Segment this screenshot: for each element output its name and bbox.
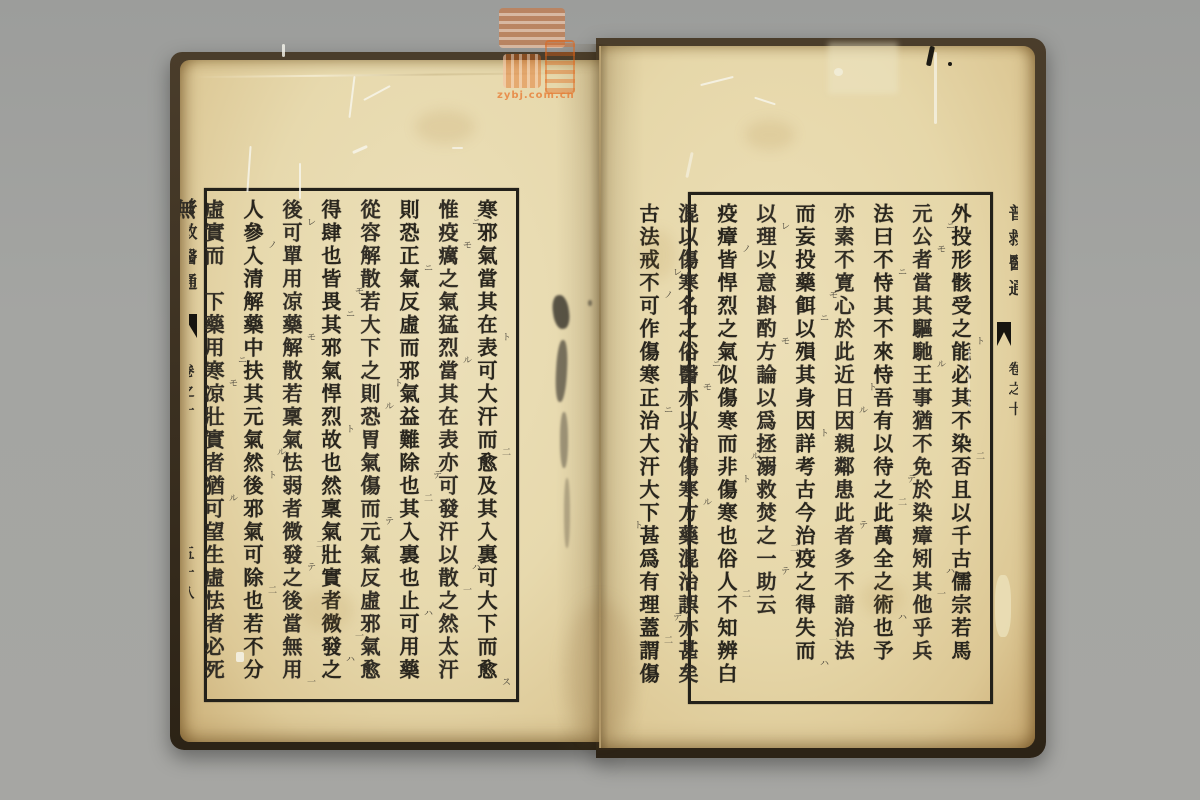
fold-strip-right: 普救醫通 卷之十 <box>993 194 1033 748</box>
kunten-mark: ノ <box>268 238 277 251</box>
watermark-site-text: zybj.com.cn <box>497 90 575 101</box>
kunten-mark: モ <box>463 238 472 251</box>
kunten-mark: 二 <box>790 541 799 554</box>
photo-backdrop: { "colors":{"backdrop":"#a2a3a0","paper"… <box>0 0 1200 800</box>
kunten-mark: ル <box>703 495 712 508</box>
text-column: 法曰不恃其不來恃吾有以待之此萬全之術也予ニト二ハ <box>868 203 907 695</box>
fold-title-char: 通 <box>1009 274 1018 296</box>
foxing-spot <box>565 600 635 740</box>
kunten-mark: テ <box>907 472 916 485</box>
fold-title-char: 救 <box>1009 224 1018 246</box>
fold-char-glyph: 十 <box>1009 399 1018 416</box>
watermark-seal-icon <box>503 54 541 88</box>
kunten-mark: 一 <box>307 675 316 688</box>
kunten-mark: モ <box>703 380 712 393</box>
column-text: 從容解散若大下之則恐胃氣傷而元氣反虛邪氣愈 <box>357 199 381 682</box>
watermark: zybj.com.cn <box>497 6 583 102</box>
kunten-mark: ニ <box>820 311 829 324</box>
column-text: 亦素不寛心於此近日因親鄰患此者多不諳治法 <box>831 203 855 663</box>
kunten-mark: ニ <box>472 215 481 228</box>
kunten-mark: 二 <box>424 491 433 504</box>
kunten-mark: ル <box>229 491 238 504</box>
kunten-mark: 一 <box>829 633 838 646</box>
column-text: 寒邪氣當其在表可大汗而愈及其入裏可大下而愈 <box>474 199 498 682</box>
kunten-mark: テ <box>673 610 682 623</box>
fold-title-char: 十 <box>1009 399 1018 416</box>
kunten-mark: 一 <box>937 587 946 600</box>
left-page-frame: 寒邪氣當其在表可大汗而愈及其入裏可大下而愈ニト二ハス惟疫癘之氣猛烈當其在表亦可發… <box>204 188 519 702</box>
fold-char-glyph: 通 <box>1009 274 1018 296</box>
text-column: 而妄投藥餌以殞其身因詳考古今治疫之得失而ニト二ハ <box>790 203 829 695</box>
kunten-mark: モ <box>937 242 946 255</box>
text-column: 寒邪氣當其在表可大汗而愈及其入裏可大下而愈ニト二ハス <box>472 199 511 693</box>
scuff-mark <box>934 52 937 124</box>
scuff-mark <box>968 348 970 408</box>
kunten-mark: 二 <box>742 587 751 600</box>
fold-char-glyph: 普 <box>1009 199 1018 221</box>
column-text: 元公者當其驅馳王事猶不免於染瘴矧其他乎兵 <box>909 203 933 663</box>
foxing-spot <box>640 230 676 280</box>
kunten-mark: 二 <box>268 583 277 596</box>
kunten-mark: ニ <box>712 357 721 370</box>
kunten-mark: ハ <box>946 564 955 577</box>
kunten-mark: ト <box>346 422 355 435</box>
foxing-spot <box>415 110 475 144</box>
kunten-mark: ル <box>463 353 472 366</box>
kunten-mark: ル <box>385 399 394 412</box>
kunten-mark: 一 <box>355 629 364 642</box>
fold-title-char: 卷 <box>1009 359 1018 376</box>
juan-label: 卷之十 <box>993 356 1033 419</box>
right-page-columns: 外投形骸受之能必其不染否且以千古儒宗若馬ニト二ハ元公者當其驅馳王事猶不免於染瘴矧… <box>695 203 985 695</box>
kunten-mark: ト <box>976 334 985 347</box>
column-text: 外投形骸受之能必其不染否且以千古儒宗若馬 <box>948 203 972 663</box>
kunten-mark: レ <box>673 265 682 278</box>
scuff-mark <box>282 44 285 57</box>
text-column: 元公者當其驅馳王事猶不免於染瘴矧其他乎兵モルテ一 <box>907 203 946 695</box>
kunten-mark: ハ <box>346 652 355 665</box>
ink-smudge <box>564 478 570 548</box>
fold-title-char: 之 <box>1009 379 1018 396</box>
kunten-mark: ル <box>277 445 286 458</box>
text-column: 混以傷寒名之俗醫亦以治傷寒方藥混治誤亦甚矣レモルテ <box>673 203 712 695</box>
fold-title-char: 普 <box>1009 199 1018 221</box>
kunten-mark: ト <box>502 330 511 343</box>
fishtail-mark-icon <box>997 322 1011 346</box>
kunten-mark: モ <box>355 284 364 297</box>
kunten-mark: ニ <box>664 403 673 416</box>
column-text: 疫瘴皆悍烈之氣似傷寒而非傷寒也俗人不知辨白 <box>714 203 738 686</box>
foxing-spot <box>300 590 354 630</box>
ink-mark <box>948 62 952 66</box>
text-column: 外投形骸受之能必其不染否且以千古儒宗若馬ニト二ハ <box>946 203 985 695</box>
kunten-mark: レ <box>307 215 316 228</box>
column-text: 以理以意斟酌方論以爲拯溺救焚之一助云 <box>753 203 777 617</box>
kunten-mark: 二 <box>976 449 985 462</box>
kunten-mark: ニ <box>898 265 907 278</box>
kunten-mark: 二 <box>502 445 511 458</box>
kunten-mark: テ <box>433 468 442 481</box>
kunten-mark: モ <box>229 376 238 389</box>
fold-char-glyph: 救 <box>1009 224 1018 246</box>
column-text: 則恐正氣反虛而邪氣益難除也其入裏也止可用藥 <box>396 199 420 682</box>
scuff-mark <box>452 147 463 149</box>
kunten-mark: ハ <box>898 610 907 623</box>
ink-smudge <box>588 300 592 306</box>
kunten-mark: モ <box>781 334 790 347</box>
kunten-mark: ト <box>268 468 277 481</box>
kunten-mark: ト <box>634 518 643 531</box>
kunten-mark: ト <box>820 426 829 439</box>
text-column: 惟疫癘之氣猛烈當其在表亦可發汗以散之然太汗モルテ一 <box>433 199 472 693</box>
kunten-mark: テ <box>859 518 868 531</box>
kunten-mark: 二 <box>316 537 325 550</box>
kunten-mark: ル <box>751 449 760 462</box>
column-text: 而妄投藥餌以殞其身因詳考古今治疫之得失而 <box>792 203 816 663</box>
kunten-mark: ル <box>859 403 868 416</box>
kunten-mark: 二 <box>898 495 907 508</box>
watermark-seal-icon <box>545 40 575 94</box>
text-column: 以理以意斟酌方論以爲拯溺救焚之一助云レモルテ <box>751 203 790 695</box>
kunten-mark: モ <box>307 330 316 343</box>
scuff-mark <box>299 163 301 199</box>
text-column: 人參入清解藥中扶其元氣然後邪氣可除也若不分ノニト二 <box>238 199 277 693</box>
text-column: 亦素不寛心於此近日因親鄰患此者多不諳治法モルテ一 <box>829 203 868 695</box>
text-column: 從容解散若大下之則恐胃氣傷而元氣反虛邪氣愈モルテ一 <box>355 199 394 693</box>
kunten-mark: ト <box>394 376 403 389</box>
fold-char-glyph: 之 <box>1009 379 1018 396</box>
repair-patch <box>828 42 898 94</box>
right-page-frame: 外投形骸受之能必其不染否且以千古儒宗若馬ニト二ハ元公者當其驅馳王事猶不免於染瘴矧… <box>688 192 993 704</box>
scuff-mark <box>236 652 244 662</box>
kunten-mark: ノ <box>742 242 751 255</box>
kunten-mark: 二 <box>664 633 673 646</box>
kunten-mark: ハ <box>820 656 829 669</box>
kunten-mark: テ <box>307 560 316 573</box>
kunten-mark: 一 <box>463 583 472 596</box>
kunten-mark: ニ <box>238 353 247 366</box>
text-column: 疫瘴皆悍烈之氣似傷寒而非傷寒也俗人不知辨白ノニト二 <box>712 203 751 695</box>
fold-char-glyph: 卷 <box>1009 359 1018 376</box>
kunten-mark: ハ <box>424 606 433 619</box>
column-text: 惟疫癘之氣猛烈當其在表亦可發汗以散之然太汗 <box>435 199 459 682</box>
kunten-mark: ニ <box>424 261 433 274</box>
foxing-spot <box>745 120 795 150</box>
column-text: 虛實而 下藥用寒凉壯實者猶可望生虛怯者必死無 <box>180 199 225 682</box>
text-column: 則恐正氣反虛而邪氣益難除也其入裏也止可用藥ニト二ハ <box>394 199 433 693</box>
kunten-mark: ノ <box>664 288 673 301</box>
foxing-spot <box>860 580 904 616</box>
kunten-mark: ト <box>742 472 751 485</box>
kunten-mark: テ <box>385 514 394 527</box>
kunten-mark: レ <box>781 219 790 232</box>
left-page-columns: 寒邪氣當其在表可大汗而愈及其入裏可大下而愈ニト二ハス惟疫癘之氣猛烈當其在表亦可發… <box>211 199 511 693</box>
kunten-mark: ト <box>868 380 877 393</box>
kunten-mark: ニ <box>946 219 955 232</box>
text-column: 虛實而 下藥用寒凉壯實者猶可望生虛怯者必死無レモルテ <box>180 199 238 693</box>
kunten-mark: モ <box>829 288 838 301</box>
ink-smudge <box>560 412 568 468</box>
fold-char-glyph: 醫 <box>1009 249 1018 271</box>
repair-patch <box>995 575 1011 637</box>
fold-title-char: 醫 <box>1009 249 1018 271</box>
kunten-mark: ハ <box>472 560 481 573</box>
column-text: 人參入清解藥中扶其元氣然後邪氣可除也若不分 <box>240 199 264 682</box>
kunten-mark: ニ <box>346 307 355 320</box>
kunten-mark: テ <box>781 564 790 577</box>
left-page: 普救醫通 卷之十 五十八 寒邪氣當其在表可大汗而愈及其入裏可大下而愈ニト二ハス惟… <box>180 60 600 742</box>
kunten-mark: ル <box>937 357 946 370</box>
fold-title: 普救醫通 <box>993 196 1033 299</box>
kunten-mark: ス <box>502 675 511 688</box>
